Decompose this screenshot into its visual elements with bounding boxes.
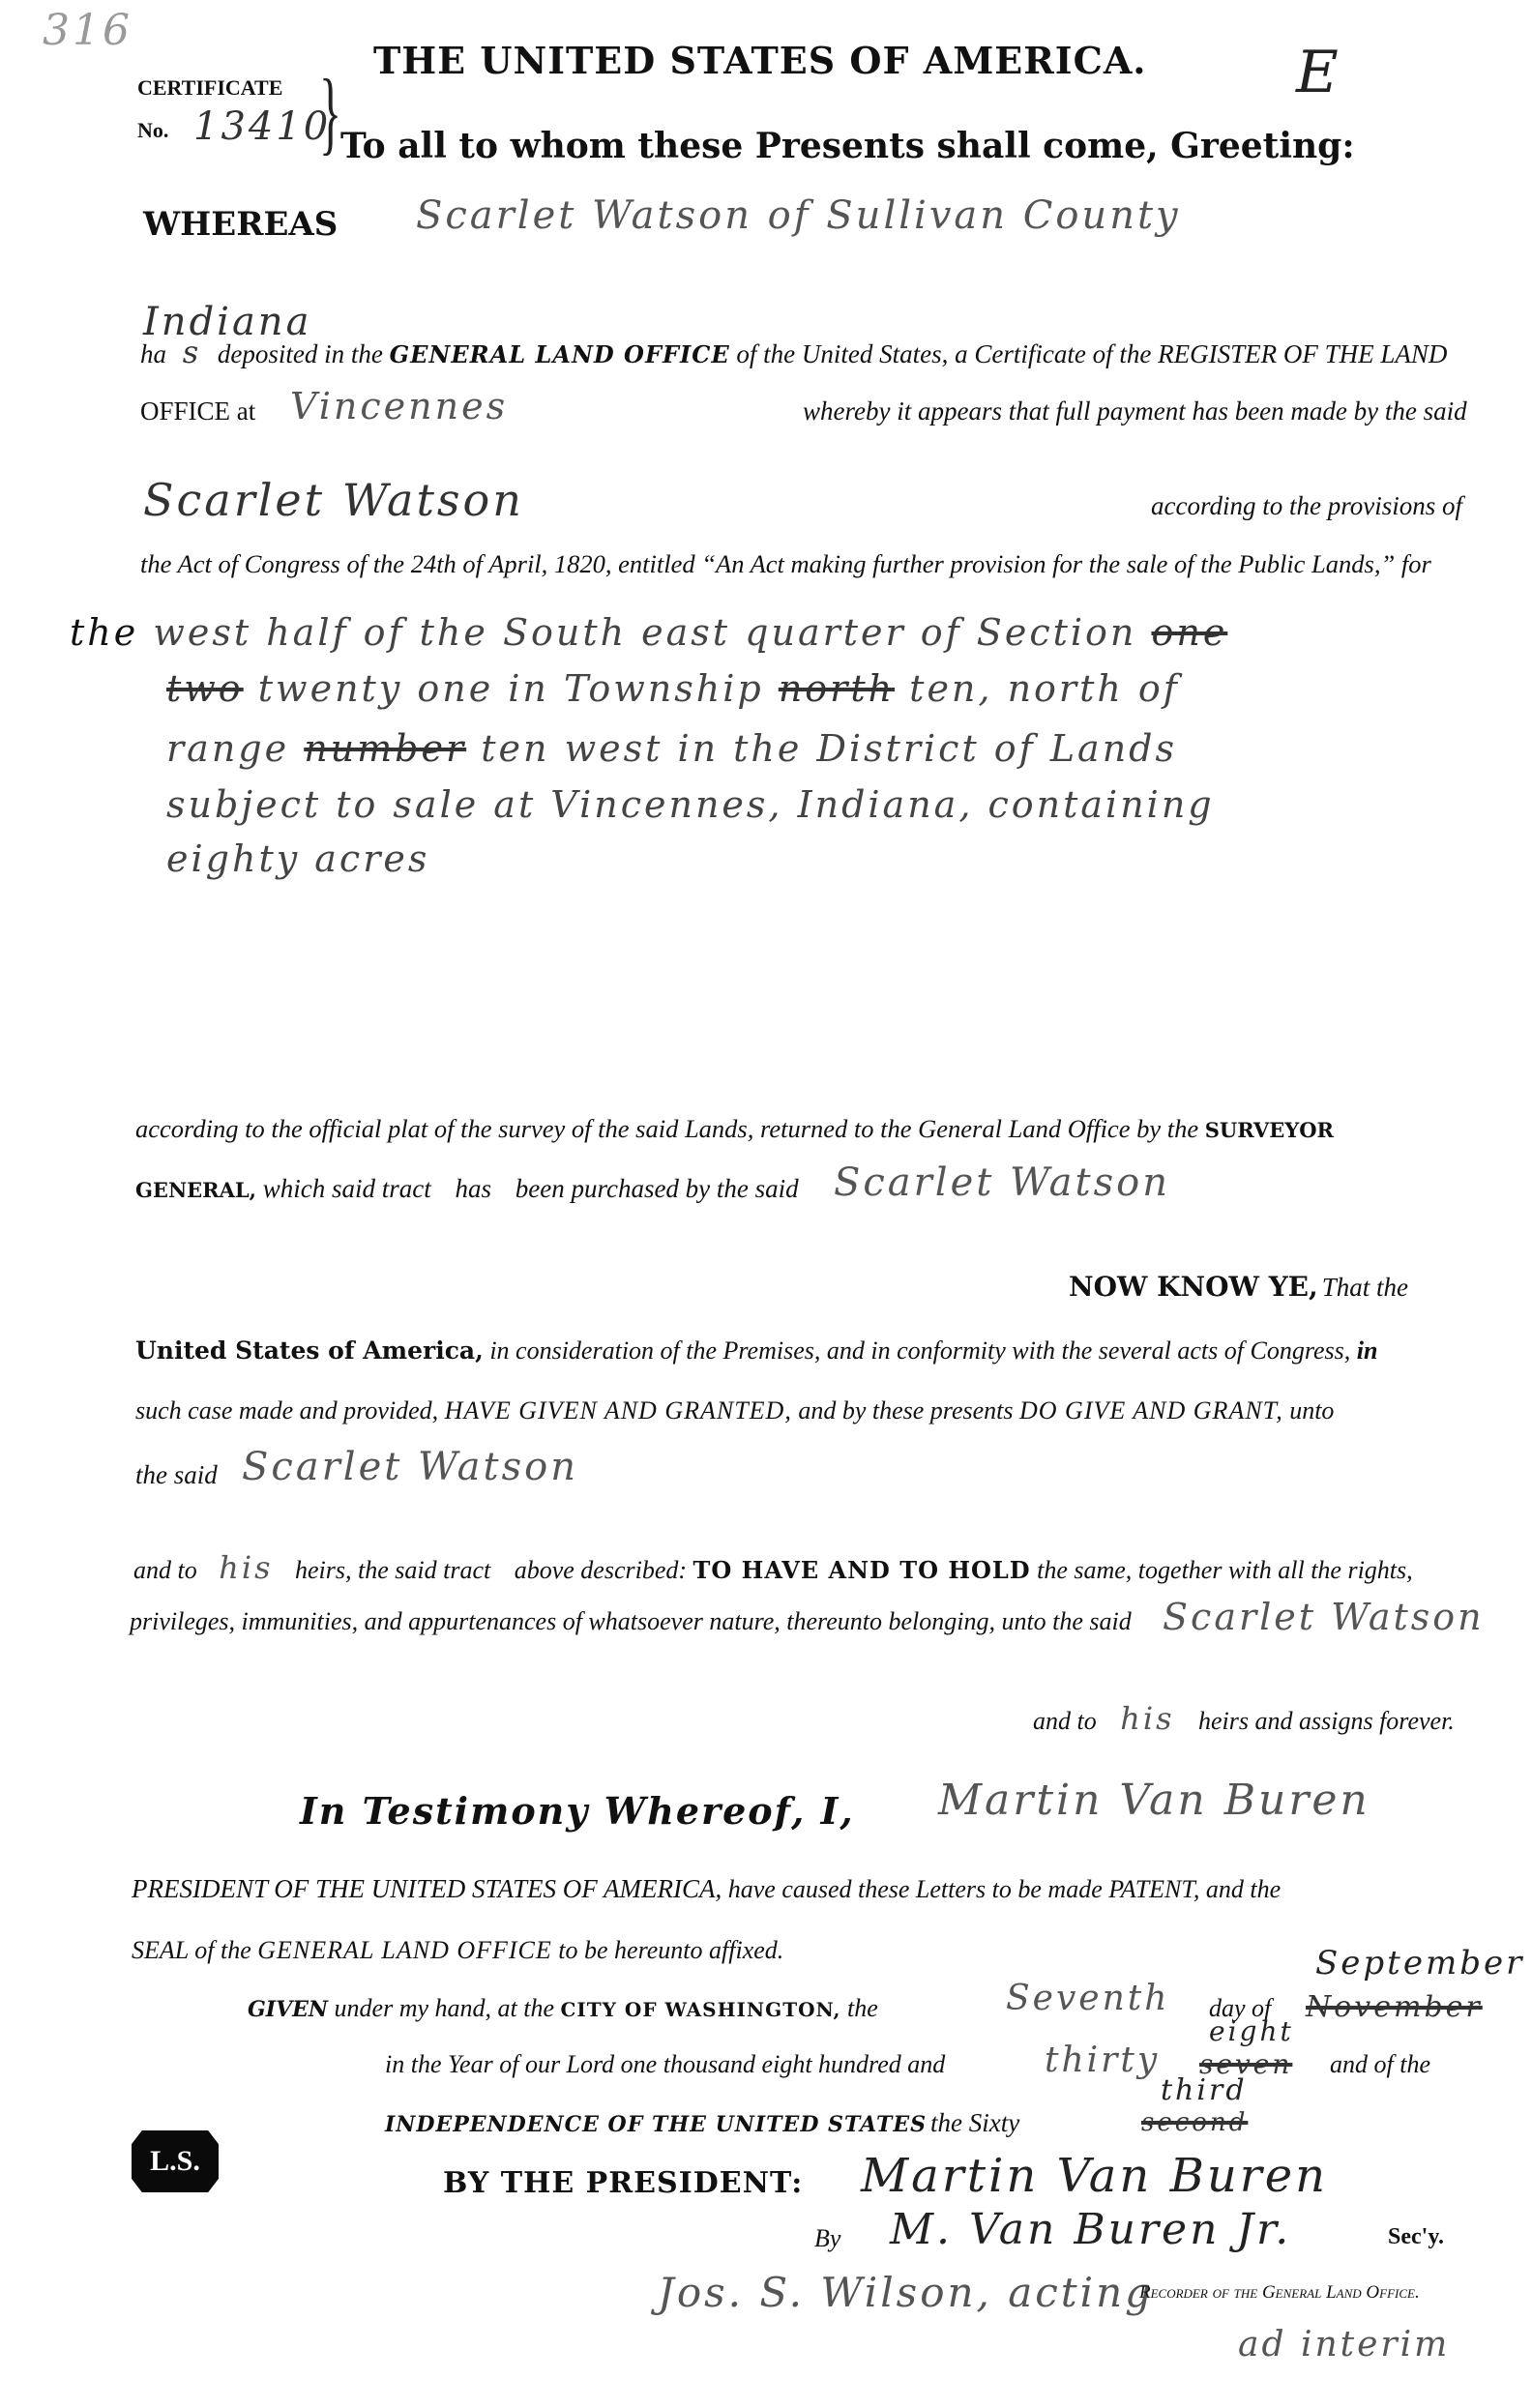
independence-line: INDEPENDENCE OF THE UNITED STATES the Si…: [385, 2108, 1019, 2138]
archive-number: 316: [43, 6, 133, 55]
usa-bold: United States of America,: [135, 1336, 484, 1365]
year-value: thirty: [1045, 2041, 1160, 2080]
general-label: GENERAL,: [135, 1178, 256, 1202]
certificate-label: CERTIFICATE: [137, 75, 282, 101]
grantee-name-3: Scarlet Watson: [242, 1445, 578, 1489]
by-the-president: BY THE PRESIDENT:: [443, 2166, 803, 2200]
grantee-name-4: Scarlet Watson: [1163, 1596, 1485, 1638]
land-description-line-5: eighty acres: [166, 837, 429, 880]
independence-inserted: third: [1161, 2073, 1248, 2107]
recorder-signature: Jos. S. Wilson, acting: [658, 2269, 1154, 2316]
land-description-line-4: subject to sale at Vincennes, Indiana, c…: [166, 783, 1215, 826]
president-line: PRESIDENT OF THE UNITED STATES OF AMERIC…: [132, 1874, 1281, 1904]
greeting: To all to whom these Presents shall come…: [340, 126, 1355, 166]
consideration-line: United States of America, in considerati…: [135, 1336, 1377, 1366]
given-line: GIVEN under my hand, at the CITY OF WASH…: [248, 1994, 878, 2023]
privileges-line: privileges, immunities, and appurtenance…: [130, 1607, 1132, 1636]
deposited-line: ha s deposited in the GENERAL LAND OFFIC…: [140, 334, 1447, 370]
secy-label: Sec'y.: [1388, 2224, 1444, 2250]
grantee-name-2: Scarlet Watson: [834, 1160, 1170, 1205]
of-us-text: of the United States, a Certificate of t…: [736, 339, 1151, 368]
independence-struck: second: [1141, 2108, 1248, 2137]
by-label: By: [814, 2224, 840, 2253]
heirs-line: and to his heirs, the said tract above d…: [133, 1549, 1413, 1586]
land-description-line-2: two twenty one in Township north ten, no…: [166, 667, 1180, 710]
day-value: Seventh: [1006, 1979, 1169, 2018]
recorder-label: Recorder of the General Land Office.: [1139, 2282, 1420, 2304]
plat-line: according to the official plat of the su…: [135, 1114, 1334, 1144]
has-suffix: s: [183, 334, 201, 370]
secretary-signature: M. Van Buren Jr.: [890, 2205, 1291, 2254]
ad-interim: ad interim: [1238, 2325, 1450, 2364]
according-provisions: according to the provisions of: [1151, 491, 1462, 521]
seal-ls: L.S.: [132, 2130, 219, 2192]
month-struck: November: [1306, 1990, 1483, 2024]
in-testimony: In Testimony Whereof, I,: [300, 1789, 855, 1833]
heirs-assigns-line: and to his heirs and assigns forever.: [1033, 1700, 1455, 1737]
year-line: in the Year of our Lord one thousand eig…: [385, 2050, 945, 2079]
grantee-county: Scarlet Watson of Sullivan County: [416, 193, 1181, 238]
seal-line: SEAL of the GENERAL LAND OFFICE to be he…: [132, 1936, 783, 1965]
surveyor-label: SURVEYOR: [1205, 1118, 1334, 1142]
land-office-location: Vincennes: [290, 385, 508, 427]
has-prefix: ha: [140, 339, 166, 368]
to-have-and-to-hold: TO HAVE AND TO HOLD: [693, 1556, 1031, 1584]
grantee-name-1: Scarlet Watson: [143, 474, 524, 526]
certificate-number: 13410: [193, 104, 331, 149]
deposited-text: deposited in the: [218, 339, 383, 368]
year-inserted: eight: [1209, 2015, 1294, 2047]
act-of-congress: the Act of Congress of the 24th of April…: [140, 549, 1431, 579]
month-inserted: September: [1315, 1944, 1524, 1982]
and-of-the: and of the: [1330, 2050, 1430, 2079]
the-said-label: the said: [135, 1460, 218, 1490]
office-at-label: OFFICE at: [140, 396, 255, 426]
granted-line: such case made and provided, HAVE GIVEN …: [135, 1396, 1334, 1425]
general-line: GENERAL, which said tract has been purch…: [135, 1174, 799, 1204]
whereas-label: WHEREAS: [143, 205, 338, 244]
register-label: REGISTER OF THE LAND: [1158, 339, 1447, 368]
land-description-line-1: the west half of the South east quarter …: [70, 611, 1227, 654]
glo-label: GENERAL LAND OFFICE: [390, 340, 730, 368]
whereby-text: whereby it appears that full payment has…: [803, 396, 1467, 426]
president-signature-1: Martin Van Buren: [938, 1776, 1370, 1825]
land-description-line-3: range number ten west in the District of…: [166, 727, 1177, 770]
document-title: THE UNITED STATES OF AMERICA.: [373, 39, 1147, 82]
president-signature-2: Martin Van Buren: [861, 2149, 1328, 2203]
now-know-ye-line: NOW KNOW YE, That the: [1069, 1271, 1408, 1303]
number-label: No.: [137, 118, 168, 143]
corner-mark: E: [1296, 39, 1341, 106]
